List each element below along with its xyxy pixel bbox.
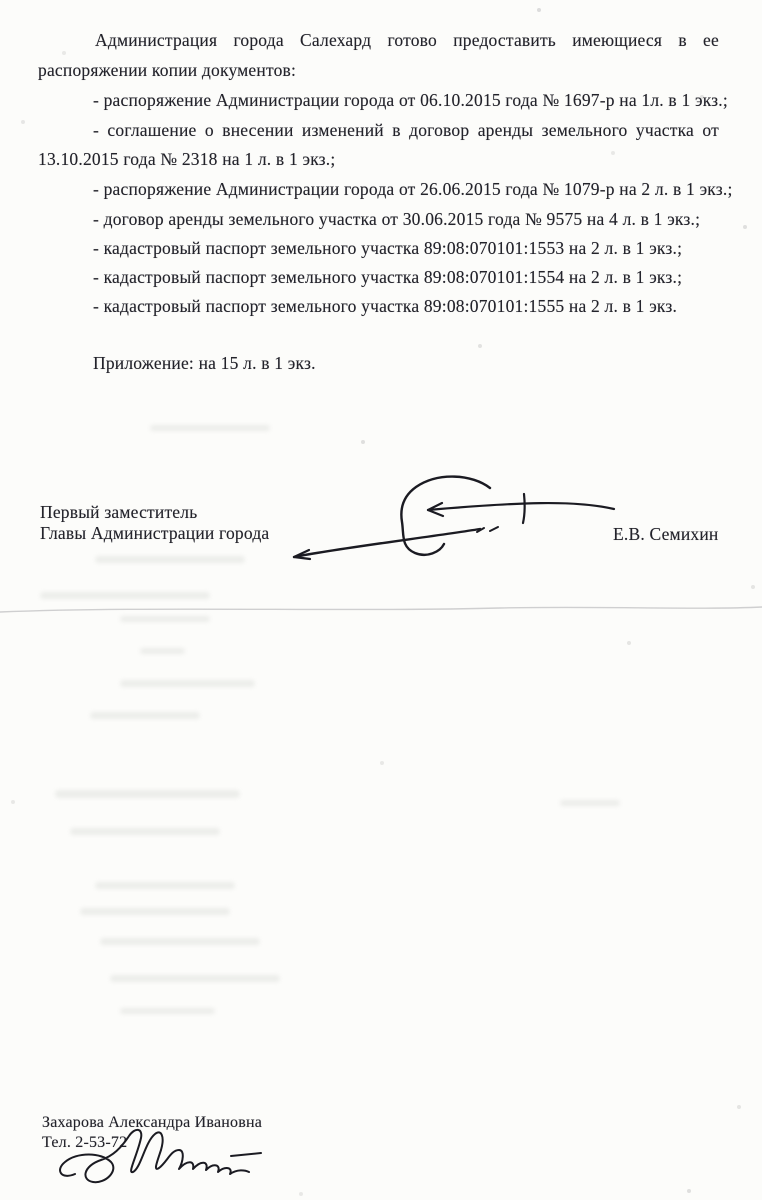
intro-line-2: распоряжении копии документов:	[38, 59, 296, 81]
signer-position-line-1: Первый заместитель	[40, 501, 197, 523]
list-item: - кадастровый паспорт земельного участка…	[93, 266, 682, 288]
list-item: - соглашение о внесении изменений в дого…	[93, 119, 719, 141]
fold-crease	[0, 600, 762, 620]
signer-position-line-2: Главы Администрации города	[40, 522, 269, 544]
list-item: - распоряжение Администрации города от 2…	[93, 178, 733, 200]
intro-line-1: Администрация города Салехард готово пре…	[95, 29, 719, 51]
paper-specks	[0, 0, 2, 2]
list-item: - договор аренды земельного участка от 3…	[93, 208, 700, 230]
list-item: - кадастровый паспорт земельного участка…	[93, 295, 677, 317]
scanned-letter-page: Администрация города Салехард готово пре…	[0, 0, 762, 1200]
executor-signature	[53, 1122, 273, 1200]
official-signature	[280, 465, 630, 570]
list-item: - кадастровый паспорт земельного участка…	[93, 237, 682, 259]
list-item: - распоряжение Администрации города от 0…	[93, 89, 728, 111]
attachment-line: Приложение: на 15 л. в 1 экз.	[93, 352, 316, 374]
list-item-continuation: 13.10.2015 года № 2318 на 1 л. в 1 экз.;	[38, 148, 335, 170]
